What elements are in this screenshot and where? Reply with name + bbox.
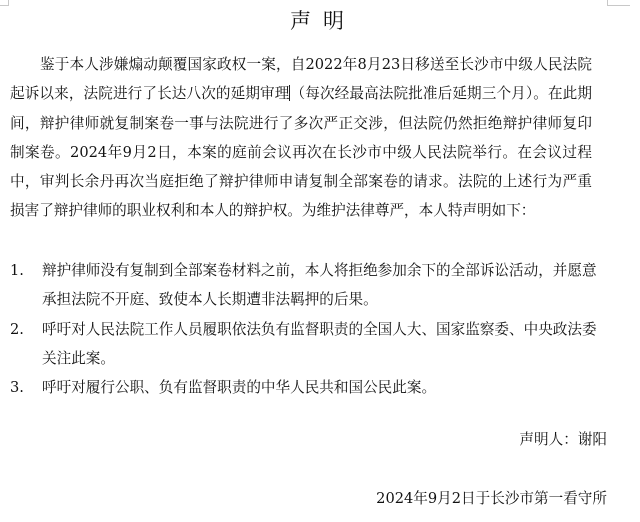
- list-item-number: 3.: [10, 373, 24, 402]
- list-item-number: 2.: [10, 315, 24, 344]
- list-item[interactable]: 2. 呼吁对人民法院工作人员履职依法负有监督职责的全国人大、国家监察委、中央政法…: [10, 315, 610, 374]
- document-title: 声明: [0, 6, 640, 36]
- list-item[interactable]: 1. 辩护律师没有复制到全部案卷材料之前，本人将拒绝参加余下的全部诉讼活动，并愿…: [10, 256, 610, 315]
- list-item-text: 辩护律师没有复制到全部案卷材料之前，本人将拒绝参加余下的全部诉讼活动，并愿意承担…: [42, 262, 597, 308]
- body-paragraph[interactable]: 鉴于本人涉嫌煽动颠覆国家政权一案，自2022年8月23日移送至长沙市中级人民法院…: [10, 50, 592, 226]
- date-location-line: 2024年9月2日于长沙市第一看守所: [376, 484, 607, 513]
- body-text-part2: （每次经最高法院批准后延期三个月）。在此期间，辩护律师就复制案卷一事与法院进行了…: [10, 85, 592, 219]
- list-item-number: 1.: [10, 256, 24, 285]
- list-item-text: 呼吁对履行公职、负有监督职责的中华人民共和国公民此案。: [42, 379, 436, 396]
- statement-list: 1. 辩护律师没有复制到全部案卷材料之前，本人将拒绝参加余下的全部诉讼活动，并愿…: [10, 256, 610, 402]
- list-item[interactable]: 3. 呼吁对履行公职、负有监督职责的中华人民共和国公民此案。: [10, 373, 610, 402]
- signer-line: 声明人：谢阳: [519, 425, 607, 454]
- list-item-text: 呼吁对人民法院工作人员履职依法负有监督职责的全国人大、国家监察委、中央政法委关注…: [42, 321, 597, 367]
